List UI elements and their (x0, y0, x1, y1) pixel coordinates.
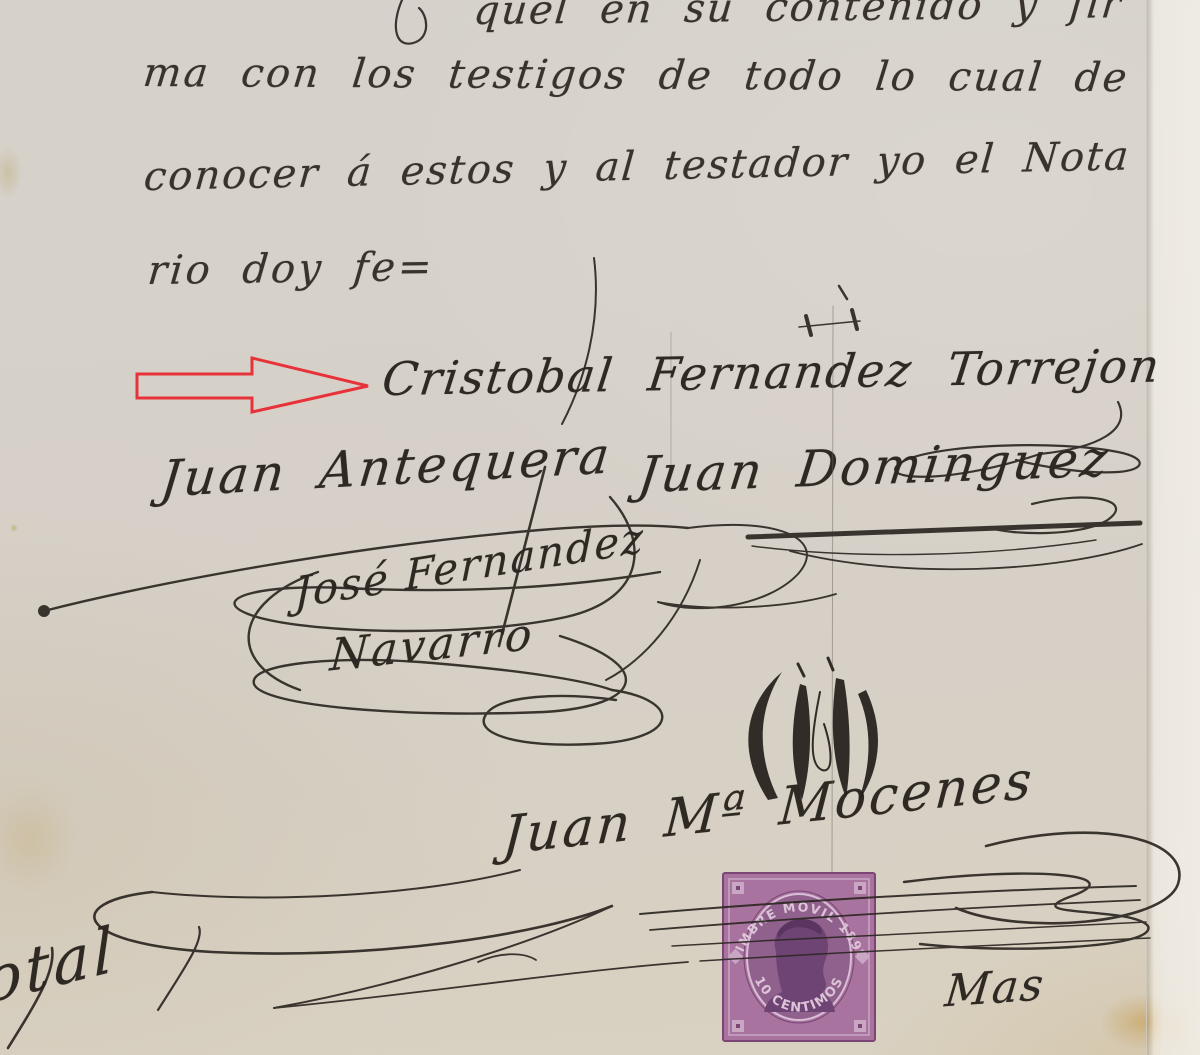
rubric-antequera (38, 467, 836, 646)
fragment-left-strokes (8, 927, 200, 1048)
ink-flourishes (0, 0, 1200, 1055)
red-arrow-annotation (130, 350, 375, 420)
rubric-cristobal (895, 402, 1140, 477)
flame-monogram (748, 658, 878, 802)
red-arrow-shape (137, 358, 368, 412)
rubric-notary (94, 833, 1179, 1008)
document-page: quel en su contenido y fir ma con los te… (0, 0, 1200, 1055)
misc-ink-marks (396, 0, 860, 874)
